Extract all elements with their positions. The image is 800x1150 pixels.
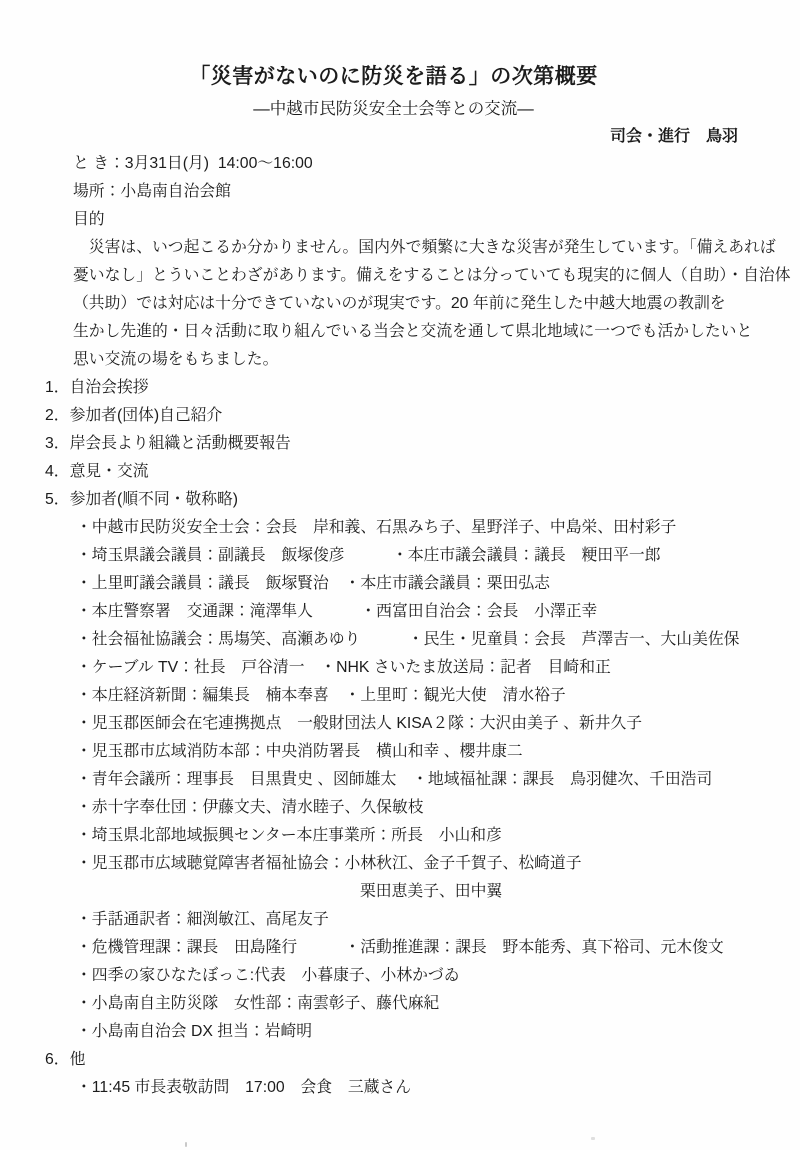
scanned-document-page: 「災害がないのに防災を語る」の次第概要 ―中越市民防災安全士会等との交流― 司会… (0, 0, 800, 1150)
participant-line: ・手話通訳者：細渕敏江、高尾友子 (76, 906, 742, 934)
other-detail-line: ・11:45 市長表敬訪問 17:00 会食 三蔵さん (76, 1074, 742, 1102)
participant-line: ・児玉郡市広域消防本部：中央消防署長 横山和幸 、櫻井康二 (76, 738, 742, 766)
participant-line: ・社会福祉協議会：馬塲笑、高瀬あゆり ・民生・児童員：会長 芦澤吉一、大山美佐保 (76, 626, 742, 654)
participant-line: ・小島南自主防災隊 女性部：南雲彰子、藤代麻紀 (76, 990, 742, 1018)
participant-line: ・本庄警察署 交通課：滝澤隼人 ・西富田自治会：会長 小澤正幸 (76, 598, 742, 626)
agenda-item-6: 6．他 (45, 1046, 742, 1074)
purpose-line: 憂いなし」とういことわざがあります。備えをすることは分っていても現実的に個人（自… (73, 262, 742, 290)
agenda-item-1: 1．自治会挨拶 (45, 374, 742, 402)
participant-line: ・赤十字奉仕団：伊藤文夫、清水睦子、久保敏枝 (76, 794, 742, 822)
participant-line: ・本庄経済新聞：編集長 楠本奉喜 ・上里町：観光大使 清水裕子 (76, 682, 742, 710)
agenda-item-4: 4．意見・交流 (45, 458, 742, 486)
purpose-line: （共助）では対応は十分できていないのが現実です。20 年前に発生した中越大地震の… (73, 290, 742, 318)
participants-list: ・中越市民防災安全士会：会長 岸和義、石黒みち子、星野洋子、中島栄、田村彩子 ・… (45, 514, 742, 1046)
participant-line: ・児玉郡市広域聴覚障害者福祉協会：小林秋江、金子千賀子、松崎道子 (76, 850, 742, 878)
moderator-line: 司会・進行 鳥羽 (45, 124, 742, 150)
participant-line: ・ケーブル TV：社長 戸谷清一 ・NHK さいたま放送局：記者 目崎和正 (76, 654, 742, 682)
agenda-item-2: 2．参加者(団体)自己紹介 (45, 402, 742, 430)
participant-line: ・埼玉県議会議員：副議長 飯塚俊彦 ・本庄市議会議員：議長 粳田平一郎 (76, 542, 742, 570)
participant-line: ・四季の家ひなたぼっこ:代表 小暮康子、小林かづゐ (76, 962, 742, 990)
participant-line: ・児玉郡医師会在宅連携拠点 一般財団法人 KISA２隊：大沢由美子 、新井久子 (76, 710, 742, 738)
agenda-item-3: 3．岸会長より組織と活動概要報告 (45, 430, 742, 458)
purpose-line: 生かし先進的・日々活動に取り組んでいる当会と交流を通して県北地域に一つでも活かし… (73, 318, 742, 346)
participant-line: ・小島南自治会 DX 担当：岩崎明 (76, 1018, 742, 1046)
scan-artifact (185, 1142, 187, 1147)
venue-line: 場所：小島南自治会館 (73, 178, 742, 206)
scan-artifact (591, 1137, 595, 1140)
purpose-line: 思い交流の場をもちました。 (73, 346, 742, 374)
document-title: 「災害がないのに防災を語る」の次第概要 (45, 62, 742, 92)
datetime-line: と き：3月31日(月) 14:00～16:00 (73, 150, 742, 178)
document-subtitle: ―中越市民防災安全士会等との交流― (45, 96, 742, 122)
agenda-list: 1．自治会挨拶 2．参加者(団体)自己紹介 3．岸会長より組織と活動概要報告 4… (45, 374, 742, 514)
participant-line: ・上里町議会議員：議長 飯塚賢治 ・本庄市議会議員：栗田弘志 (76, 570, 742, 598)
participant-line: ・危機管理課：課長 田島隆行 ・活動推進課：課長 野本能秀、真下裕司、元木俊文 (76, 934, 742, 962)
participant-line: ・埼玉県北部地域振興センター本庄事業所：所長 小山和彦 (76, 822, 742, 850)
participant-continuation-line: 栗田恵美子、田中翼 (360, 878, 742, 906)
purpose-heading: 目的 (73, 206, 742, 234)
agenda-item-5: 5．参加者(順不同・敬称略) (45, 486, 742, 514)
participant-line: ・中越市民防災安全士会：会長 岸和義、石黒みち子、星野洋子、中島栄、田村彩子 (76, 514, 742, 542)
purpose-paragraph: 災害は、いつ起こるか分かりません。国内外で頻繁に大きな災害が発生しています。「備… (45, 234, 742, 374)
purpose-line: 災害は、いつ起こるか分かりません。国内外で頻繁に大きな災害が発生しています。「備… (73, 234, 742, 262)
participant-line: ・青年会議所：理事長 目黒貴史 、図師雄太 ・地域福祉課：課長 鳥羽健次、千田浩… (76, 766, 742, 794)
